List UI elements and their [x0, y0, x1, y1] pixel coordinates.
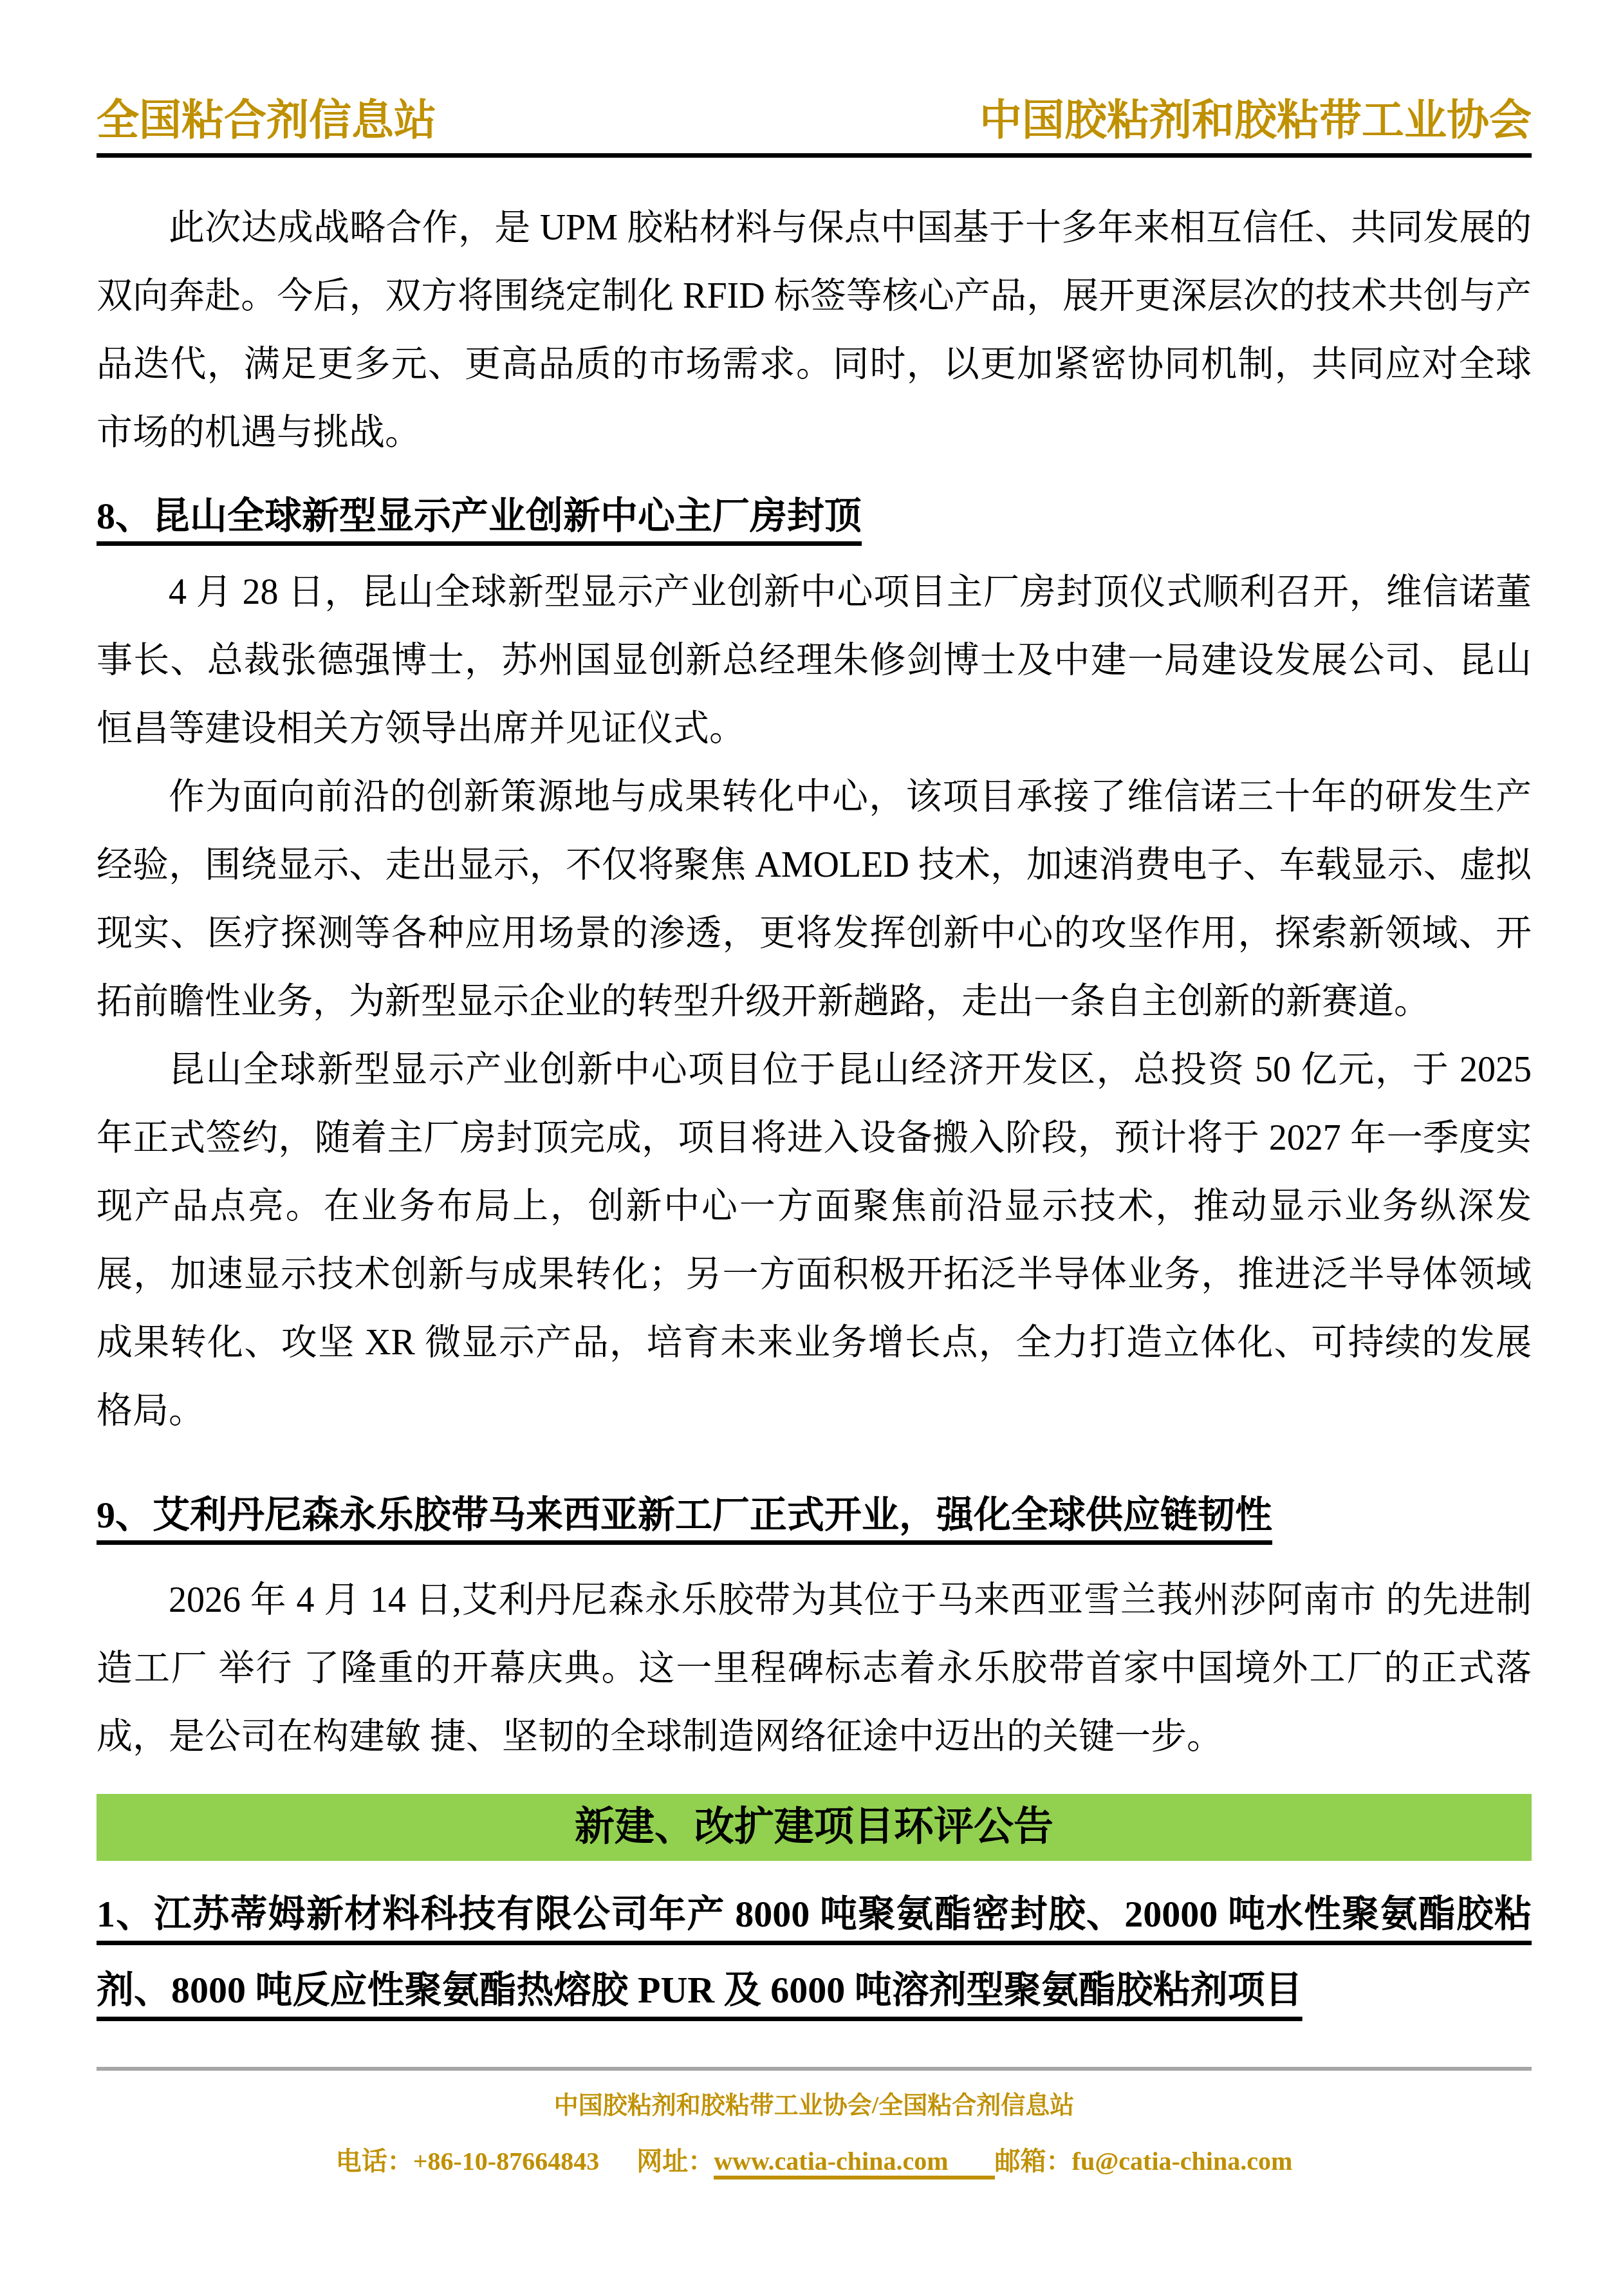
footer-organization: 中国胶粘剂和胶粘带工业协会/全国粘合剂信息站: [97, 2085, 1532, 2120]
document-body: 此次达成战略合作，是 UPM 胶粘材料与保点中国基于十多年来相互信任、共同发展的…: [97, 194, 1532, 2028]
phone-number: +86-10-87664843: [413, 2147, 599, 2176]
section-8-paragraph-2: 作为面向前沿的创新策源地与成果转化中心，该项目承接了维信诺三十年的研发生产经验，…: [97, 763, 1532, 1036]
section-8-heading: 8、昆山全球新型显示产业创新中心主厂房封顶: [97, 482, 1532, 550]
website-label: 网址：: [636, 2147, 714, 2176]
document-page: 全国粘合剂信息站 中国胶粘剂和胶粘带工业协会 此次达成战略合作，是 UPM 胶粘…: [0, 0, 1623, 2296]
section-8-paragraph-3: 昆山全球新型显示产业创新中心项目位于昆山经济开发区，总投资 50 亿元，于 20…: [97, 1036, 1532, 1445]
email-label: 邮箱：: [995, 2147, 1072, 2176]
email-address: fu@catia-china.com: [1072, 2147, 1293, 2176]
section-9-heading: 9、艾利丹尼森永乐胶带马来西亚新工厂正式开业，强化全球供应链韧性: [97, 1481, 1532, 1549]
header-right-title: 中国胶粘剂和胶粘带工业协会: [979, 97, 1532, 145]
header-left-title: 全国粘合剂信息站: [97, 97, 436, 145]
section-8-paragraph-1: 4 月 28 日，昆山全球新型显示产业创新中心项目主厂房封顶仪式顺利召开，维信诺…: [97, 558, 1532, 763]
page-header: 全国粘合剂信息站 中国胶粘剂和胶粘带工业协会: [97, 97, 1532, 158]
section-9-paragraph-1: 2026 年 4 月 14 日,艾利丹尼森永乐胶带为其位于马来西亚雪兰莪州莎阿南…: [97, 1566, 1532, 1771]
phone-label: 电话：: [336, 2147, 413, 2176]
eia-announcements-banner: 新建、改扩建项目环评公告: [97, 1794, 1532, 1861]
intro-paragraph: 此次达成战略合作，是 UPM 胶粘材料与保点中国基于十多年来相互信任、共同发展的…: [97, 194, 1532, 467]
website-link[interactable]: www.catia-china.com: [714, 2147, 994, 2179]
footer-contacts: 电话：+86-10-87664843网址：www.catia-china.com…: [97, 2141, 1532, 2178]
page-footer: 中国胶粘剂和胶粘带工业协会/全国粘合剂信息站 电话：+86-10-8766484…: [97, 2067, 1532, 2178]
announcement-1-heading: 1、江苏蒂姆新材料科技有限公司年产 8000 吨聚氨酯密封胶、20000 吨水性…: [97, 1876, 1532, 2028]
